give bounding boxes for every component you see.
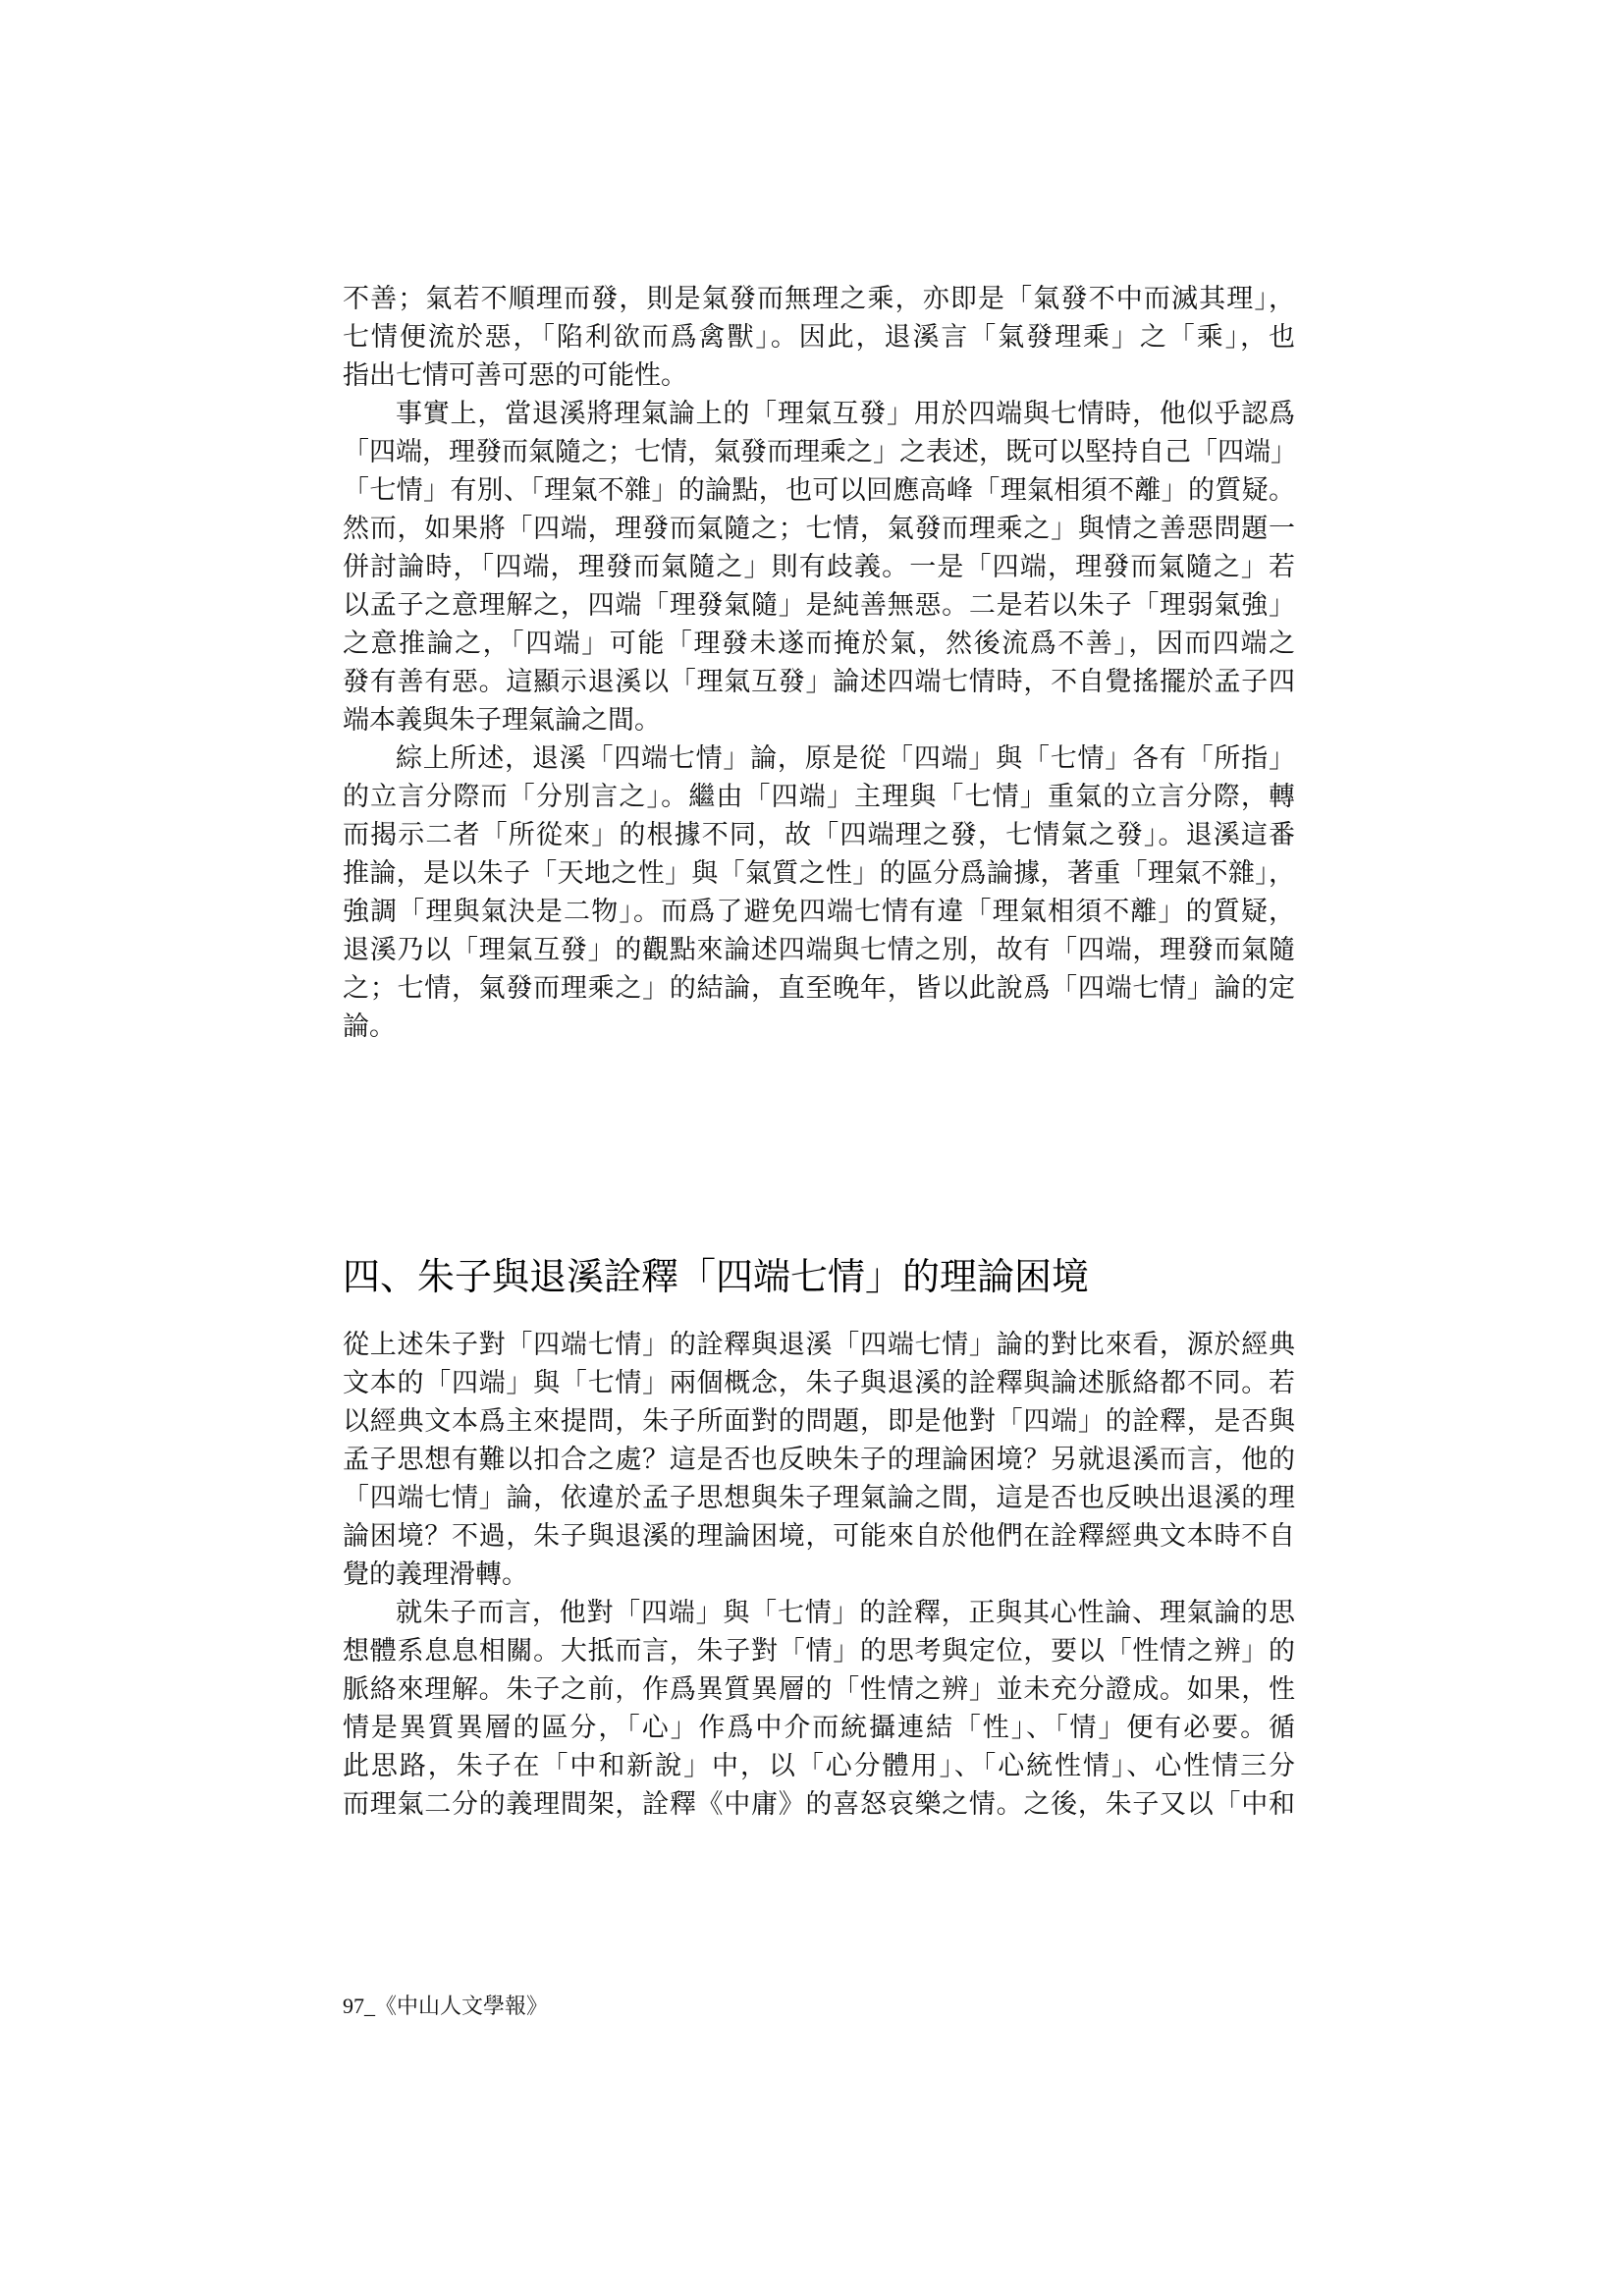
text-line: 情是異質異層的區分，「心」作爲中介而統攝連結「性」、「情」便有必要。循 bbox=[343, 1709, 1295, 1747]
text-line: 「四端，理發而氣隨之；七情，氣發而理乘之」之表述，既可以堅持自己「四端」 bbox=[343, 433, 1295, 471]
text-line: 不善；氣若不順理而發，則是氣發而無理之乘，亦即是「氣發不中而滅其理」， bbox=[343, 280, 1295, 318]
text-line: 以經典文本爲主來提問，朱子所面對的問題，即是他對「四端」的詮釋，是否與 bbox=[343, 1402, 1295, 1441]
text-line: 以孟子之意理解之，四端「理發氣隨」是純善無惡。二是若以朱子「理弱氣強」 bbox=[343, 586, 1295, 625]
text-line: 推論，是以朱子「天地之性」與「氣質之性」的區分爲論據，著重「理氣不雜」， bbox=[343, 854, 1295, 893]
text-line: 論困境？不過，朱子與退溪的理論困境，可能來自於他們在詮釋經典文本時不自 bbox=[343, 1517, 1295, 1556]
text-line: 而揭示二者「所從來」的根據不同，故「四端理之發，七情氣之發」。退溪這番 bbox=[343, 816, 1295, 854]
journal-title: 《中山人文學報》 bbox=[375, 1994, 548, 2018]
text-line: 「四端七情」論，依違於孟子思想與朱子理氣論之間，這是否也反映出退溪的理 bbox=[343, 1479, 1295, 1517]
text-line: 論。 bbox=[343, 1008, 1295, 1046]
document-page: 不善；氣若不順理而發，則是氣發而無理之乘，亦即是「氣發不中而滅其理」， 七情便流… bbox=[0, 0, 1623, 2296]
text-line: 綜上所述，退溪「四端七情」論，原是從「四端」與「七情」各有「所指」 bbox=[343, 739, 1295, 778]
paragraph: 事實上，當退溪將理氣論上的「理氣互發」用於四端與七情時，他似乎認爲 「四端，理發… bbox=[343, 395, 1295, 739]
text-line: 之；七情，氣發而理乘之」的結論，直至晚年，皆以此說爲「四端七情」論的定 bbox=[343, 969, 1295, 1008]
text-line: 的立言分際而「分別言之」。繼由「四端」主理與「七情」重氣的立言分際，轉 bbox=[343, 778, 1295, 816]
text-line: 覺的義理滑轉。 bbox=[343, 1556, 1295, 1594]
paragraph: 綜上所述，退溪「四端七情」論，原是從「四端」與「七情」各有「所指」 的立言分際而… bbox=[343, 739, 1295, 1046]
paragraph: 就朱子而言，他對「四端」與「七情」的詮釋，正與其心性論、理氣論的思 想體系息息相… bbox=[343, 1594, 1295, 1824]
text-line: 七情便流於惡，「陷利欲而爲禽獸」。因此，退溪言「氣發理乘」之「乘」，也 bbox=[343, 318, 1295, 356]
text-line: 就朱子而言，他對「四端」與「七情」的詮釋，正與其心性論、理氣論的思 bbox=[343, 1594, 1295, 1632]
text-line: 指出七情可善可惡的可能性。 bbox=[343, 356, 1295, 395]
text-line: 之意推論之，「四端」可能「理發未遂而掩於氣，然後流爲不善」，因而四端之 bbox=[343, 625, 1295, 663]
text-line: 退溪乃以「理氣互發」的觀點來論述四端與七情之別，故有「四端，理發而氣隨 bbox=[343, 931, 1295, 969]
paragraph-continuation: 不善；氣若不順理而發，則是氣發而無理之乘，亦即是「氣發不中而滅其理」， 七情便流… bbox=[343, 280, 1295, 395]
text-line: 然而，如果將「四端，理發而氣隨之；七情，氣發而理乘之」與情之善惡問題一 bbox=[343, 510, 1295, 548]
page-footer: 97_《中山人文學報》 bbox=[343, 1992, 548, 2021]
text-line: 發有善有惡。這顯示退溪以「理氣互發」論述四端七情時，不自覺搖擺於孟子四 bbox=[343, 663, 1295, 701]
section-heading: 四、朱子與退溪詮釋「四端七情」的理論困境 bbox=[343, 1252, 1089, 1301]
text-line: 孟子思想有難以扣合之處？這是否也反映朱子的理論困境？另就退溪而言，他的 bbox=[343, 1441, 1295, 1479]
text-line: 此思路，朱子在「中和新說」中，以「心分體用」、「心統性情」、心性情三分 bbox=[343, 1747, 1295, 1785]
text-line: 而理氣二分的義理間架，詮釋《中庸》的喜怒哀樂之情。之後，朱子又以「中和 bbox=[343, 1785, 1295, 1824]
text-line: 端本義與朱子理氣論之間。 bbox=[343, 701, 1295, 739]
text-line: 從上述朱子對「四端七情」的詮釋與退溪「四端七情」論的對比來看，源於經典 bbox=[343, 1326, 1295, 1364]
text-line: 脈絡來理解。朱子之前，作爲異質異層的「性情之辨」並未充分證成。如果，性 bbox=[343, 1670, 1295, 1709]
text-line: 事實上，當退溪將理氣論上的「理氣互發」用於四端與七情時，他似乎認爲 bbox=[343, 395, 1295, 433]
page-number: 97 bbox=[343, 1994, 364, 2018]
text-line: 「七情」有別、「理氣不雜」的論點，也可以回應高峰「理氣相須不離」的質疑。 bbox=[343, 471, 1295, 510]
footer-separator: _ bbox=[364, 1994, 375, 2018]
text-line: 想體系息息相關。大抵而言，朱子對「情」的思考與定位，要以「性情之辨」的 bbox=[343, 1632, 1295, 1670]
text-line: 併討論時，「四端，理發而氣隨之」則有歧義。一是「四端，理發而氣隨之」若 bbox=[343, 548, 1295, 586]
paragraph: 從上述朱子對「四端七情」的詮釋與退溪「四端七情」論的對比來看，源於經典 文本的「… bbox=[343, 1326, 1295, 1594]
text-line: 強調「理與氣決是二物」。而爲了避免四端七情有違「理氣相須不離」的質疑， bbox=[343, 893, 1295, 931]
text-line: 文本的「四端」與「七情」兩個概念，朱子與退溪的詮釋與論述脈絡都不同。若 bbox=[343, 1364, 1295, 1402]
